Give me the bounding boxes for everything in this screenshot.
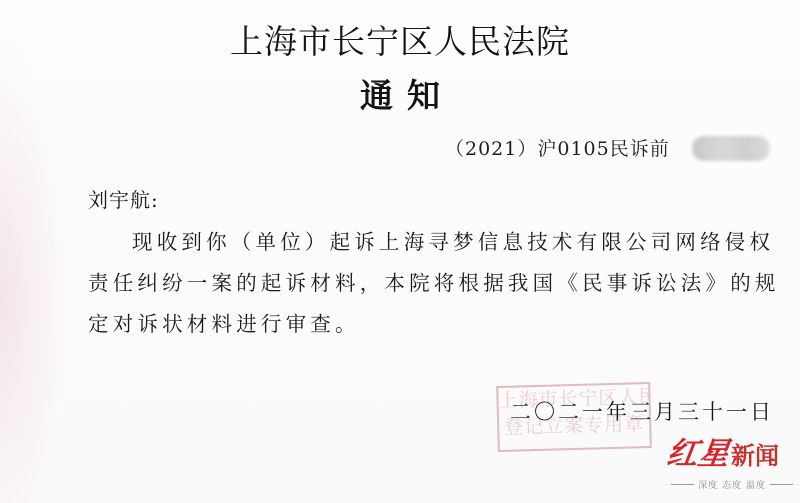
court-name-heading: 上海市长宁区人民法院 — [0, 16, 800, 63]
issue-date: 二〇二一年三月三十一日 — [510, 396, 774, 426]
redaction-blur — [692, 136, 770, 161]
addressee: 刘宇航: — [88, 184, 159, 213]
watermark-logo: 红星新闻 — [667, 436, 779, 477]
red-star-news-watermark: 红星新闻 深度 态度 温度 — [667, 436, 797, 502]
divider — [671, 484, 694, 485]
divider — [770, 484, 793, 485]
document-page: 上海市长宁区人民法院 通知 （2021）沪0105民诉前 刘宇航: 现收到你（单… — [0, 0, 800, 503]
watermark-brand-char-2: 星 — [695, 436, 731, 472]
body-line: 现收到你（单位）起诉上海寻梦信息技术有限公司网络侵权 — [88, 222, 800, 263]
body-line: 责任纠纷一案的起诉材料，本院将根据我国《民事诉讼法》的规 — [88, 263, 800, 304]
document-type-title: 通知 — [0, 70, 800, 117]
body-line: 定对诉状材料进行审查。 — [88, 304, 800, 345]
watermark-brand-news: 新闻 — [731, 441, 779, 470]
case-number: （2021）沪0105民诉前 — [445, 134, 670, 161]
watermark-tagline-row: 深度 态度 温度 — [667, 478, 797, 491]
watermark-tagline: 深度 态度 温度 — [698, 478, 766, 491]
notice-body: 现收到你（单位）起诉上海寻梦信息技术有限公司网络侵权 责任纠纷一案的起诉材料，本… — [88, 222, 800, 345]
